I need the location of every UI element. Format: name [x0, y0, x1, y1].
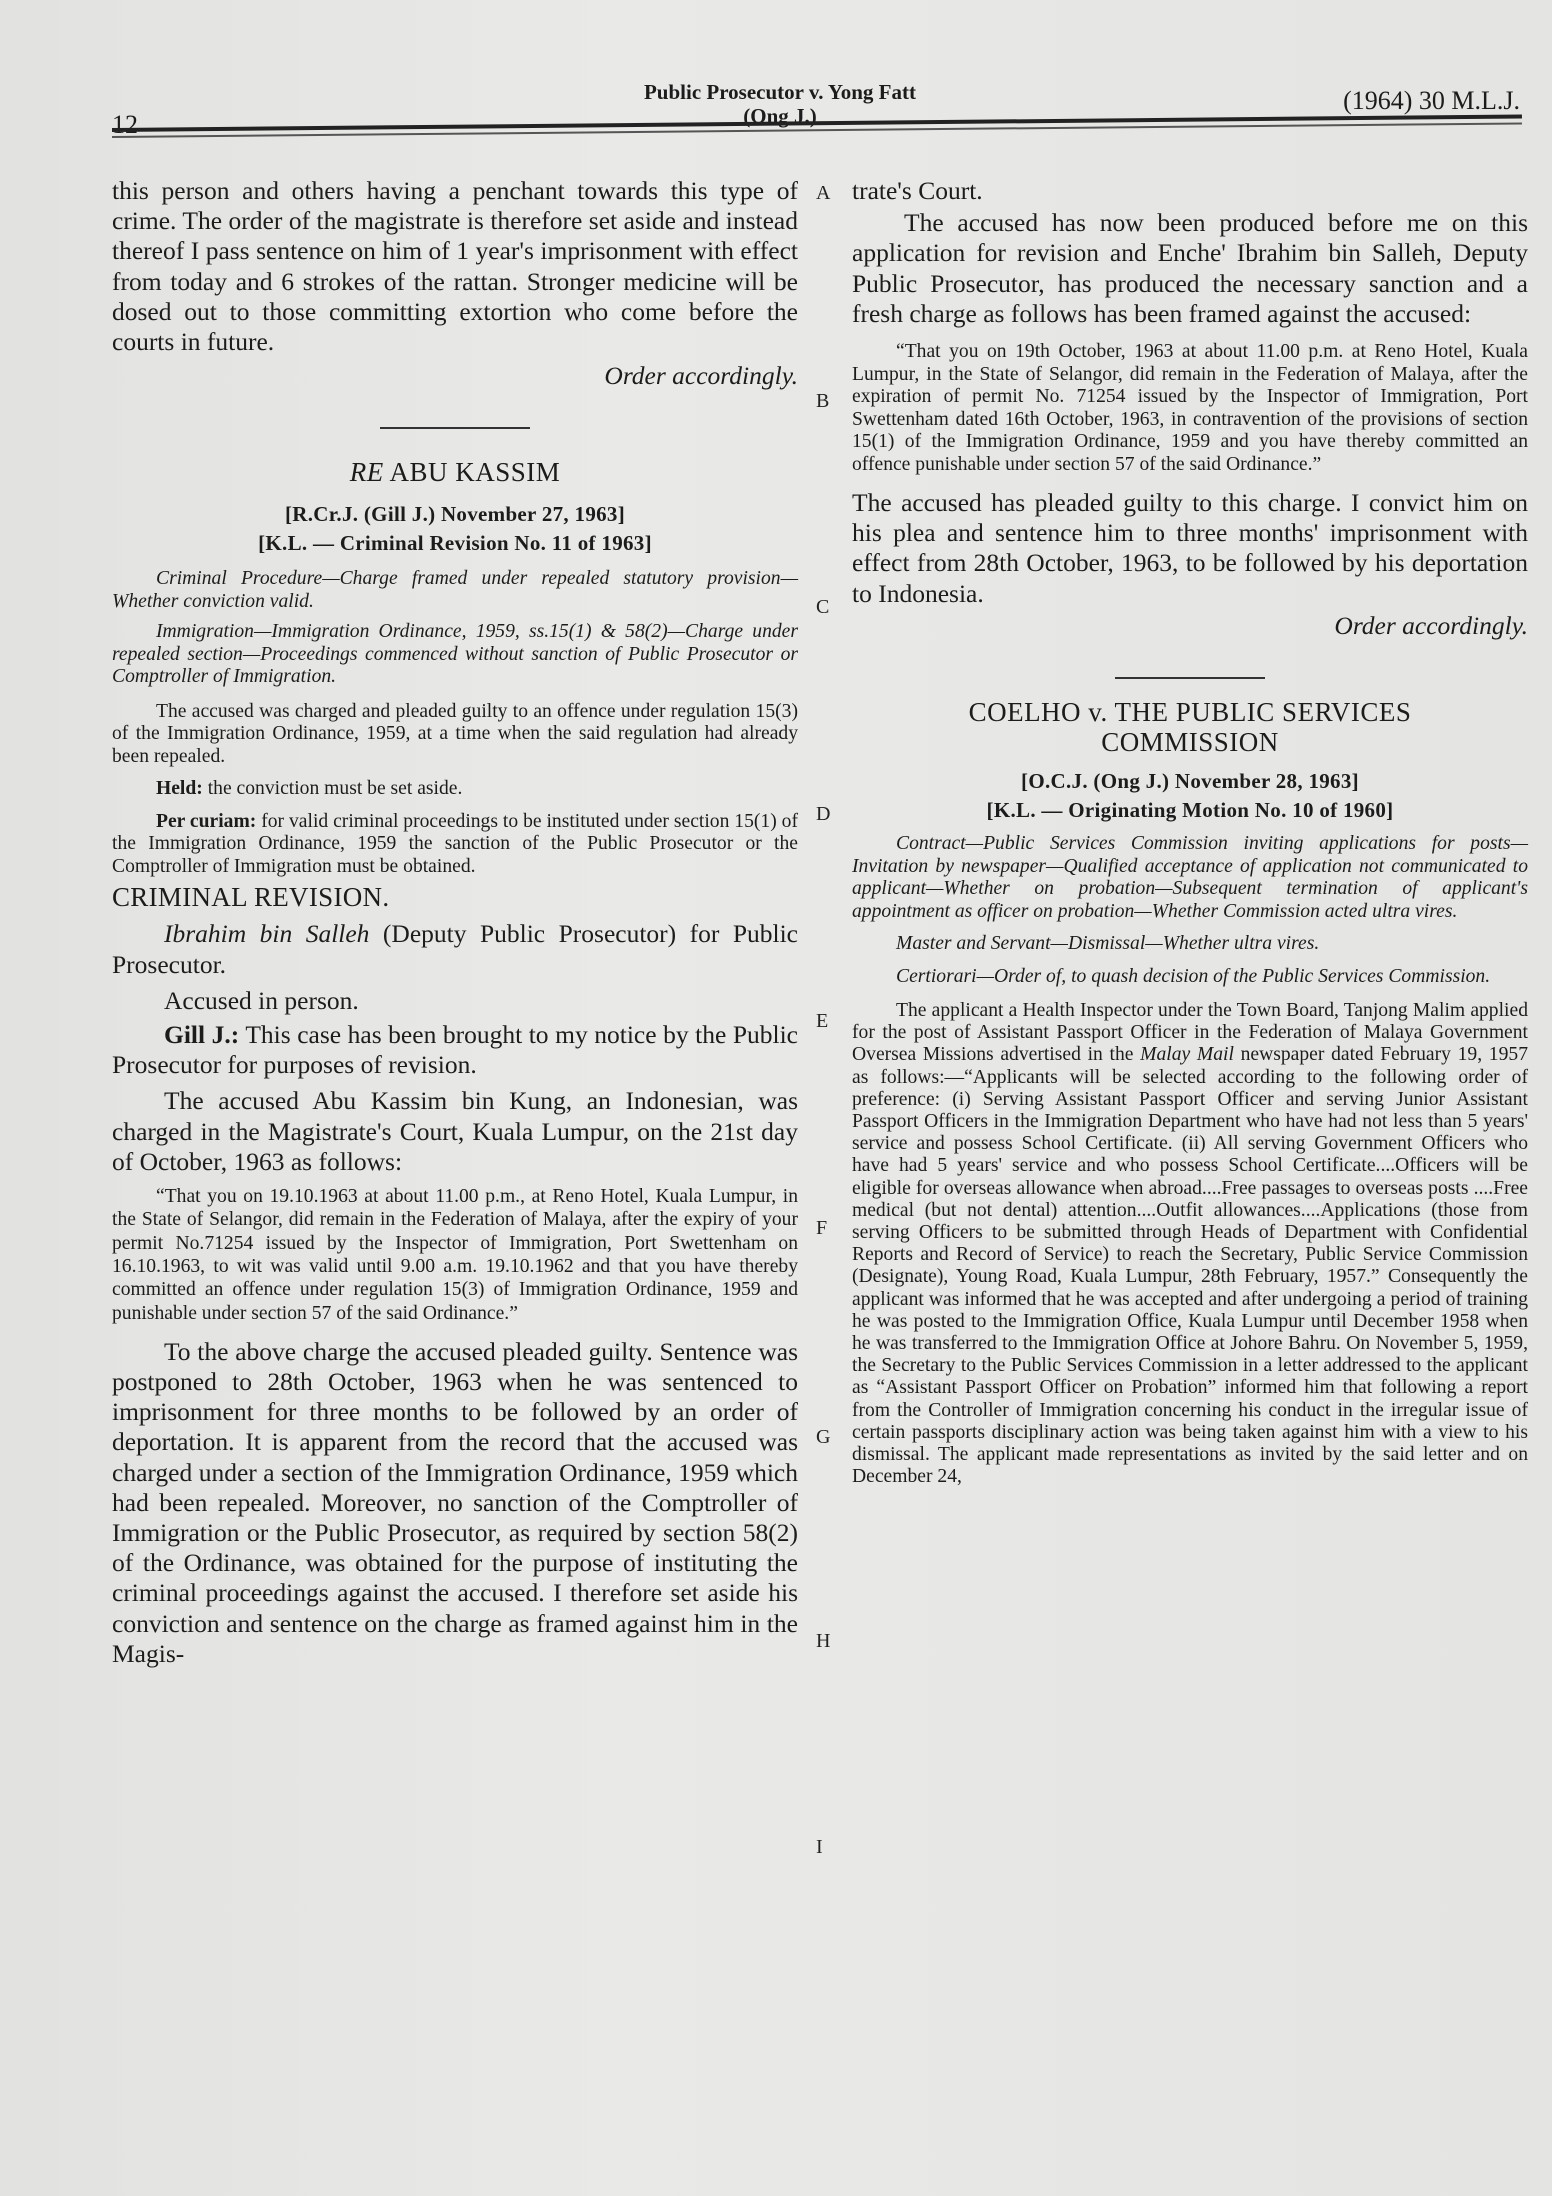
- headnote-text-cont: newspaper dated February 19, 1957 as fol…: [852, 1044, 1528, 1487]
- fresh-charge-quote: “That you on 19th October, 1963 at about…: [852, 341, 1528, 476]
- held: Held: the conviction must be set aside.: [112, 778, 798, 801]
- case-title: COELHO v. THE PUBLIC SERVICES COMMISSION: [852, 697, 1528, 757]
- case-separator: [1115, 677, 1265, 679]
- margin-letter-d: D: [816, 803, 830, 826]
- case-separator: [380, 427, 530, 429]
- case-number-line: [K.L. — Originating Motion No. 10 of 196…: [852, 798, 1528, 823]
- per-curiam: Per curiam: for valid criminal proceedin…: [112, 811, 798, 879]
- held-label: Held:: [156, 778, 203, 799]
- case-title: RE ABU KASSIM: [112, 457, 798, 488]
- accused-line: Accused in person.: [112, 986, 798, 1016]
- judgment-paragraph: The accused Abu Kassim bin Kung, an Indo…: [112, 1086, 798, 1177]
- running-title-case: Public Prosecutor v. Yong Fatt: [560, 80, 1000, 104]
- catchword: Certiorari—Order of, to quash decision o…: [852, 966, 1528, 989]
- section-heading: CRIMINAL REVISION.: [112, 882, 798, 913]
- margin-letter-f: F: [816, 1217, 827, 1240]
- case-number-line: [K.L. — Criminal Revision No. 11 of 1963…: [112, 531, 798, 556]
- held-text: the conviction must be set aside.: [208, 778, 463, 799]
- order-accordingly: Order accordingly.: [112, 361, 798, 391]
- judgment-paragraph: To the above charge the accused pleaded …: [112, 1337, 798, 1669]
- carryover-paragraph: this person and others having a penchant…: [112, 176, 798, 357]
- catchword: Contract—Public Services Commission invi…: [852, 833, 1528, 923]
- margin-letter-h: H: [816, 1630, 830, 1653]
- order-accordingly: Order accordingly.: [852, 611, 1528, 641]
- counsel-line: Ibrahim bin Salleh (Deputy Public Prosec…: [112, 919, 798, 979]
- judgment-paragraph: The accused has now been produced before…: [852, 208, 1528, 329]
- right-column: trate's Court. The accused has now been …: [852, 176, 1528, 1489]
- judge-label: Gill J.:: [164, 1020, 239, 1049]
- case-title-name: ABU KASSIM: [389, 457, 560, 487]
- judgment-paragraph: Gill J.: This case has been brought to m…: [112, 1020, 798, 1080]
- margin-letter-e: E: [816, 1010, 828, 1033]
- case-title-prefix: RE: [350, 457, 384, 487]
- catchword: Immigration—Immigration Ordinance, 1959,…: [112, 621, 798, 689]
- court-line: [O.C.J. (Ong J.) November 28, 1963]: [852, 769, 1528, 794]
- catchword: Criminal Procedure—Charge framed under r…: [112, 568, 798, 613]
- margin-letter-g: G: [816, 1426, 830, 1449]
- court-line: [R.Cr.J. (Gill J.) November 27, 1963]: [112, 502, 798, 527]
- document-page: 12 Public Prosecutor v. Yong Fatt (Ong J…: [0, 0, 1552, 2196]
- catchword: Master and Servant—Dismissal—Whether ult…: [852, 933, 1528, 956]
- margin-letter-i: I: [816, 1836, 823, 1859]
- margin-letter-b: B: [816, 390, 829, 413]
- headnote: The accused was charged and pleaded guil…: [112, 701, 798, 769]
- left-column: this person and others having a penchant…: [112, 176, 798, 1669]
- judgment-paragraph: The accused has pleaded guilty to this c…: [852, 488, 1528, 609]
- report-citation: (1964) 30 M.L.J.: [1343, 86, 1520, 116]
- carryover-text: trate's Court.: [852, 176, 1528, 206]
- headnote: The applicant a Health Inspector under t…: [852, 1000, 1528, 1488]
- newspaper-name: Malay Mail: [1140, 1044, 1234, 1065]
- case-title-line2: COMMISSION: [1101, 727, 1279, 757]
- case-title-line1: COELHO v. THE PUBLIC SERVICES: [969, 697, 1412, 727]
- margin-letter-c: C: [816, 596, 829, 619]
- per-curiam-label: Per curiam:: [156, 811, 256, 832]
- counsel-name: Ibrahim bin Salleh: [164, 919, 369, 948]
- margin-letter-a: A: [816, 182, 830, 205]
- charge-quote: “That you on 19.10.1963 at about 11.00 p…: [112, 1185, 798, 1325]
